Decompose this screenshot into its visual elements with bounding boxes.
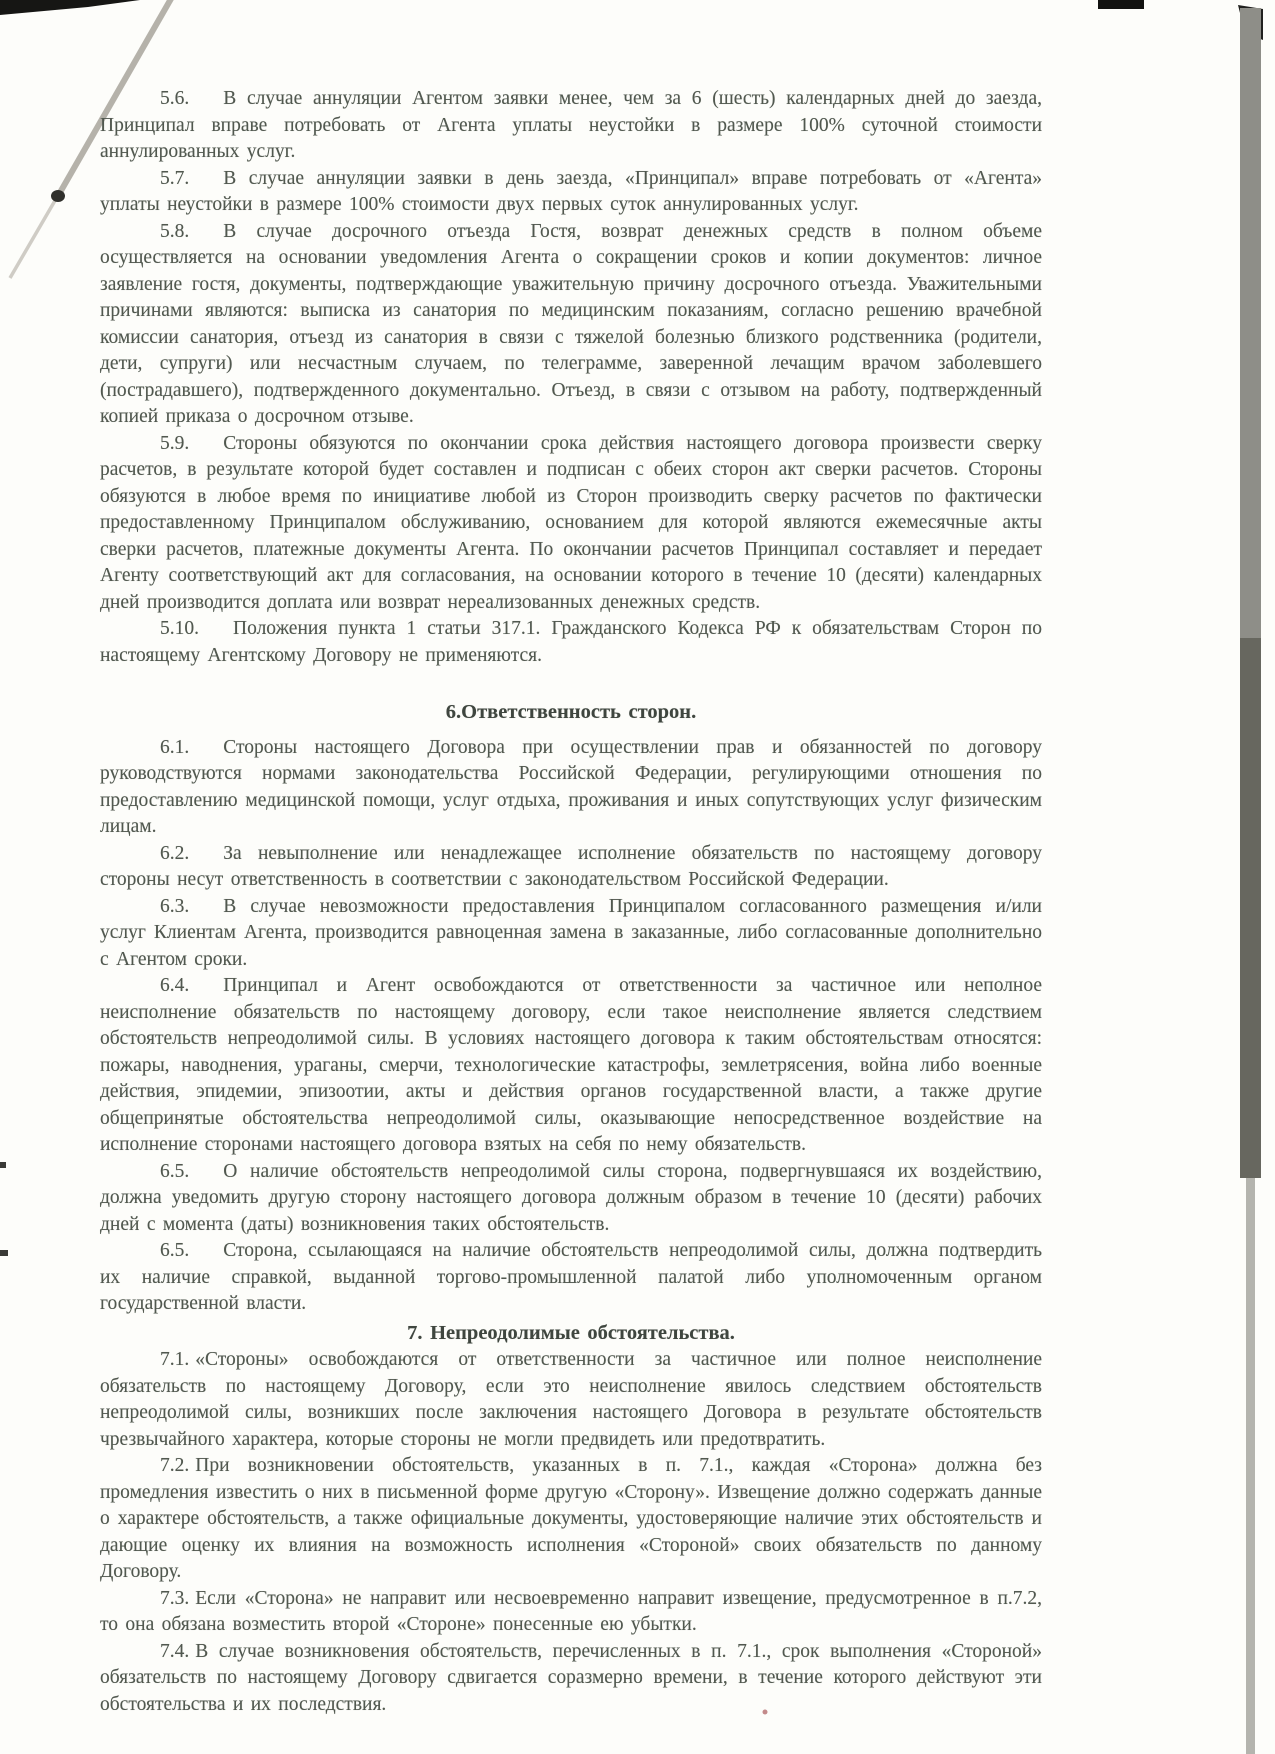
clause-number: 5.8. xyxy=(160,221,189,242)
scan-mark-top-right xyxy=(1098,0,1144,9)
clause-paragraph: 6.2.За невыполнение или ненадлежащее исп… xyxy=(100,841,1042,894)
clause-number: 7.1. xyxy=(160,1349,189,1370)
section-heading: 6.Ответственность сторон. xyxy=(100,699,1042,726)
clause-text: Сторона, ссылающаяся на наличие обстояте… xyxy=(100,1240,1042,1314)
scan-fold-line-faint xyxy=(10,192,60,278)
clause-text: В случае невозможности предоставления Пр… xyxy=(100,896,1042,970)
scan-corner-top-left xyxy=(0,0,140,15)
clause-paragraph: 6.4.Принципал и Агент освобождаются от о… xyxy=(100,973,1042,1159)
clause-number: 6.2. xyxy=(160,843,189,864)
clause-text: Положения пункта 1 статьи 317.1. Граждан… xyxy=(100,618,1042,666)
clause-paragraph: 7.3.Если «Сторона» не направит или несво… xyxy=(100,1586,1042,1639)
clause-paragraph: 6.1.Стороны настоящего Договора при осущ… xyxy=(100,735,1042,841)
scan-dash-left-1 xyxy=(0,1162,6,1168)
clause-paragraph: 5.6.В случае аннуляции Агентом заявки ме… xyxy=(100,86,1042,166)
clause-paragraph: 6.3.В случае невозможности предоставлени… xyxy=(100,894,1042,974)
scan-dash-left-2 xyxy=(0,1250,8,1256)
clause-number: 5.9. xyxy=(160,433,189,454)
clause-text: В случае возникновения обстоятельств, пе… xyxy=(100,1641,1042,1715)
scanned-page: 5.6.В случае аннуляции Агентом заявки ме… xyxy=(0,0,1275,1754)
clause-number: 6.3. xyxy=(160,896,189,917)
clause-text: В случае досрочного отъезда Гостя, возвр… xyxy=(100,221,1042,428)
scan-strip-right-middle xyxy=(1240,638,1261,1178)
scan-notch-top-right xyxy=(1238,5,1263,40)
clause-number: 5.10. xyxy=(160,618,199,639)
clause-text: Принципал и Агент освобождаются от ответ… xyxy=(100,975,1042,1155)
scan-strip-right-lower xyxy=(1246,1178,1255,1754)
clause-text: При возникновении обстоятельств, указанн… xyxy=(100,1455,1042,1582)
clause-paragraph: 5.10.Положения пункта 1 статьи 317.1. Гр… xyxy=(100,616,1042,669)
clause-text: «Стороны» освобождаются от ответственнос… xyxy=(100,1349,1042,1450)
clause-paragraph: 7.2.При возникновении обстоятельств, ука… xyxy=(100,1453,1042,1586)
clause-paragraph: 5.8.В случае досрочного отъезда Гостя, в… xyxy=(100,219,1042,431)
clause-number: 6.4. xyxy=(160,975,189,996)
clause-paragraph: 7.4.В случае возникновения обстоятельств… xyxy=(100,1639,1042,1719)
clause-paragraph: 5.7.В случае аннуляции заявки в день зае… xyxy=(100,166,1042,219)
section-heading: 7. Непреодолимые обстоятельства. xyxy=(100,1320,1042,1347)
clause-text: В случае аннуляции Агентом заявки менее,… xyxy=(100,88,1042,162)
clause-paragraph: 6.5.О наличие обстоятельств непреодолимо… xyxy=(100,1159,1042,1239)
clause-text: За невыполнение или ненадлежащее исполне… xyxy=(100,843,1042,891)
clause-number: 5.6. xyxy=(160,88,189,109)
clause-number: 6.5. xyxy=(160,1161,189,1182)
clause-text: Стороны обязуются по окончании срока дей… xyxy=(100,433,1042,613)
clause-number: 7.4. xyxy=(160,1641,189,1662)
clause-number: 6.5. xyxy=(160,1240,189,1261)
clause-paragraph: 6.5.Сторона, ссылающаяся на наличие обст… xyxy=(100,1238,1042,1318)
clause-text: В случае аннуляции заявки в день заезда,… xyxy=(100,168,1042,216)
clause-number: 7.3. xyxy=(160,1588,189,1609)
clause-number: 7.2. xyxy=(160,1455,189,1476)
clause-text: О наличие обстоятельств непреодолимой си… xyxy=(100,1161,1042,1235)
clause-number: 6.1. xyxy=(160,737,189,758)
clause-paragraph: 5.9.Стороны обязуются по окончании срока… xyxy=(100,431,1042,617)
clause-paragraph: 7.1.«Стороны» освобождаются от ответстве… xyxy=(100,1347,1042,1453)
scan-fold-blot xyxy=(51,190,65,202)
clause-text: Стороны настоящего Договора при осуществ… xyxy=(100,737,1042,838)
contract-text: 5.6.В случае аннуляции Агентом заявки ме… xyxy=(100,86,1042,1718)
clause-text: Если «Сторона» не направит или несвоевре… xyxy=(100,1588,1042,1636)
scan-strip-right-upper xyxy=(1240,8,1261,638)
clause-number: 5.7. xyxy=(160,168,189,189)
